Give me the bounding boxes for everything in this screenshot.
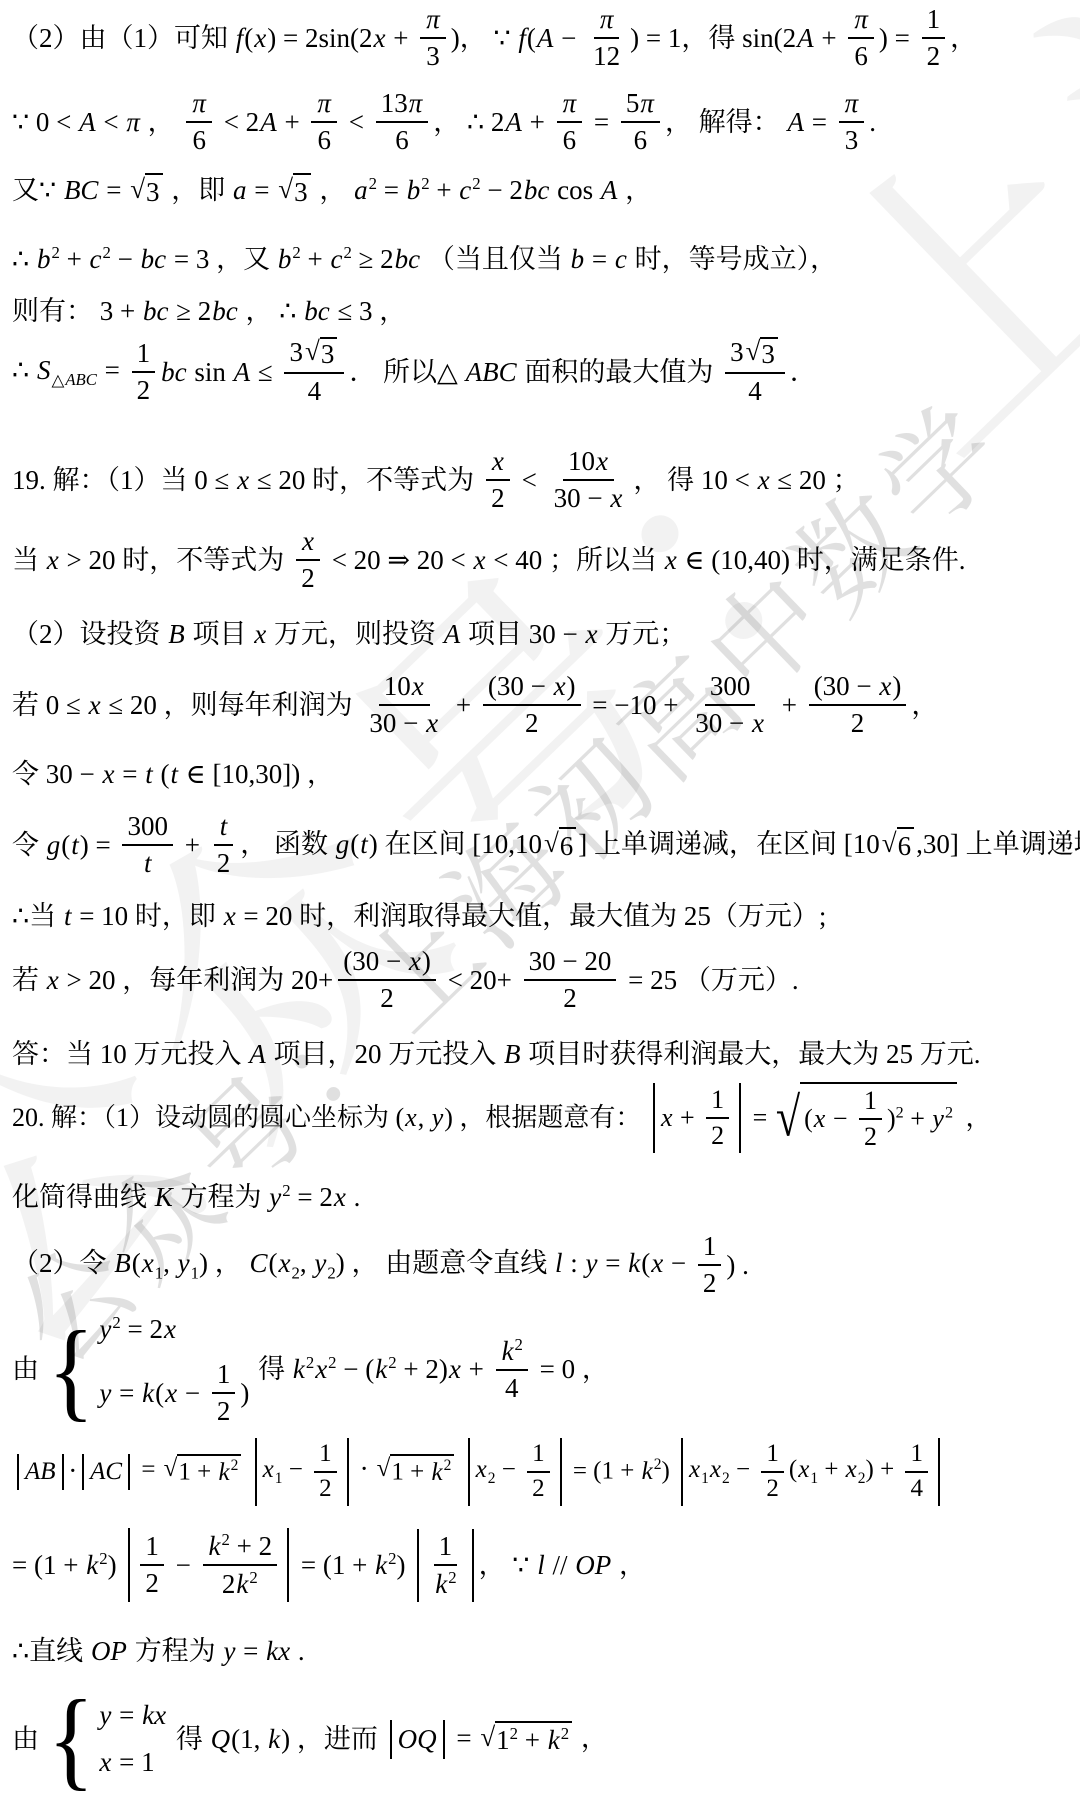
p20-2-line-1: （2）令 B(x1, y1) ， C(x2, y2) ， 由题意令直线 l : …: [12, 1231, 749, 1299]
p20-2-line-2: 由 {y2 = 2xy = k(x − 12) 得 k2x2 − (k2 + 2…: [12, 1312, 609, 1427]
p20-1-line-2: 化简得曲线 K 方程为 y2 = 2x .: [12, 1180, 360, 1215]
p19-2-line-5: ∴当 t = 10 时，即 x = 20 时，利润取得最大值，最大值为 25（万…: [12, 899, 826, 934]
p19-2-answer: 答：当 10 万元投入 A 项目，20 万元投入 B 项目时获得利润最大，最大为…: [12, 1037, 981, 1072]
p19-1-line-1: 19. 解：（1）当 0 ≤ x ≤ 20 时，不等式为 x2 < 10x30 …: [12, 446, 860, 514]
p19-1-line-2: 当 x > 20 时，不等式为 x2 < 20 ⇒ 20 < x < 40 ；所…: [12, 526, 965, 594]
p18-2-line-4: ∴ b2 + c2 − bc = 3 ，又 b2 + c2 ≥ 2bc （当且仅…: [12, 242, 837, 277]
p20-2-line-4: = (1 + k2) 12 − k2 + 22k2 = (1 + k2) 1k2…: [12, 1528, 646, 1602]
p18-2-line-6: ∴ S△ABC = 12bc sin A ≤ 3√34． 所以△ ABC 面积的…: [12, 337, 817, 407]
p20-2-line-3: AB⋅AC = √1 + k2 x1 − 12 ⋅ √1 + k2 x2 − 1…: [12, 1438, 945, 1506]
p18-2-line-2: ∵ 0 < A < π ， π6 < 2A + π6 < 13π6， ∴ 2A …: [12, 88, 876, 156]
p18-2-line-5: 则有： 3 + bc ≥ 2bc ， ∴ bc ≤ 3 ，: [12, 294, 406, 329]
p18-2-line-1: （2）由（1）可知 f(x) = 2sin(2x + π3)， ∵ f(A − …: [12, 4, 977, 72]
p18-2-line-3: 又∵ BC = √3 ，即 a = √3 ， a2 = b2 + c2 − 2b…: [12, 173, 652, 210]
p19-2-line-6: 若 x > 20 ，每年利润为 20+(30 − x)2 < 20+ 30 − …: [12, 946, 799, 1014]
p19-2-line-3: 令 30 − x = t (t ∈ [10,30]) ，: [12, 757, 334, 792]
p20-2-line-6: 由 {y = kxx = 1 得 Q(1, k) ，进而 OQ = √12 + …: [12, 1698, 608, 1780]
p19-2-line-4: 令 g(t) = 300t + t2， 函数 g(t) 在区间 [10,10√6…: [12, 811, 1080, 879]
p19-2-line-1: （2）设投资 B 项目 x 万元，则投资 A 项目 30 − x 万元；: [12, 617, 686, 652]
p20-1-line-1: 20. 解：（1）设动圆的圆心坐标为 (x, y) ，根据题意有： x + 12…: [12, 1082, 992, 1154]
p20-2-line-5: ∴直线 OP 方程为 y = kx .: [12, 1634, 305, 1669]
p19-2-line-2: 若 0 ≤ x ≤ 20 ，则每年利润为 10x30 − x + (30 − x…: [12, 671, 938, 739]
document-page: 公众号：上海初高中数学 公众号：上海初高中数学 （2）由（1）可知 f(x) =…: [0, 0, 1080, 1801]
